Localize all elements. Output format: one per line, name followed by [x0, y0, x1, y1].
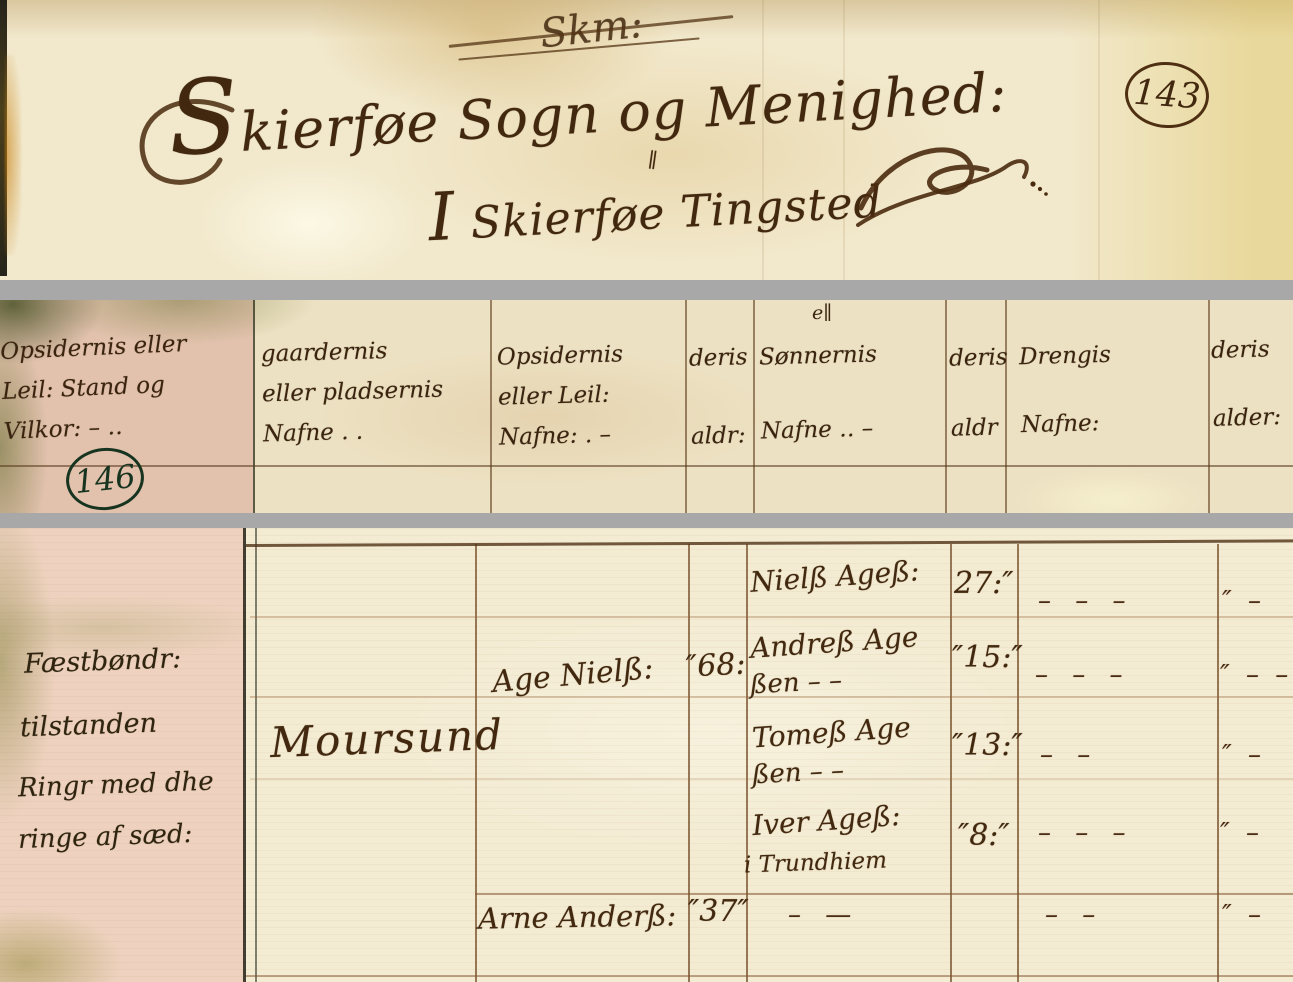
ink-stain [5, 55, 21, 255]
manuscript-scan: Skm: Skierføe Sogn og Menighed: ∥ I Skie… [0, 0, 1293, 982]
bleedthrough-line [843, 0, 845, 280]
header-line: eller pladsernis [262, 370, 444, 415]
table-top-rule [246, 539, 1293, 546]
column-rule [253, 300, 255, 513]
header-line: Nafne ‥ – [760, 408, 879, 451]
margin-note-line: Fæstbøndr: [24, 643, 182, 679]
title-section: Skm: Skierføe Sogn og Menighed: ∥ I Skie… [0, 0, 1293, 280]
header-line: Sønnernis [759, 334, 878, 377]
row-rule [246, 975, 1293, 977]
column-rule [753, 300, 755, 513]
empty-cell-dashes: – – [1045, 900, 1095, 930]
son-name-continued: ßen – – [749, 666, 842, 701]
son-name-continued: ßen – – [751, 756, 844, 791]
table-body-section: Fæstbøndr: tilstanden Ringr med dhe ring… [0, 528, 1293, 982]
header-bottom-rule [0, 465, 1293, 467]
empty-cell-dashes: – — [788, 900, 851, 930]
empty-cell-dashes: – – [1040, 740, 1090, 770]
header-line: deris [949, 337, 1009, 379]
folio-number: 146 [73, 457, 138, 501]
column-rule [490, 300, 492, 513]
paraph-flourish [855, 130, 1050, 235]
column-rule [475, 544, 477, 982]
row-rule [250, 616, 1293, 618]
header-farm-name: gaardernis eller pladsernis Nafne . . [260, 330, 444, 455]
son-age: ″15:″ [952, 640, 1023, 675]
second-opsidder-name: Arne Anderß: [478, 898, 677, 935]
empty-cell-dashes: ″ – [1220, 818, 1259, 848]
header-line: Vilkor: – ‥ [3, 404, 191, 452]
table-header-section: Opsidernis eller Leil: Stand og Vilkor: … [0, 300, 1293, 513]
row-rule [475, 893, 1293, 895]
empty-cell-dashes: – – – [1038, 818, 1126, 848]
column-rule [1017, 544, 1019, 982]
header-line: Opsidernis [496, 334, 623, 377]
column-rule [1217, 544, 1219, 982]
margin-note-line: tilstanden [20, 708, 158, 744]
header-line: aldr [950, 407, 1010, 449]
opsidder-age: ″68: [685, 646, 746, 684]
header-line: deris [688, 337, 748, 379]
folio-number-badge: 146 [63, 444, 147, 513]
header-opsidder-name: Opsidernis eller Leil: Nafne: . – [496, 334, 625, 457]
page-number: 143 [1132, 73, 1201, 118]
son-age: ″13:″ [952, 728, 1023, 763]
header-line: deris [1211, 329, 1280, 371]
header-line: Leil: Stand og [1, 364, 189, 412]
son-name: Andreß Age [749, 620, 919, 665]
margin-note-line: ringe af sæd: [18, 819, 193, 855]
son-name: Iver Ageß: [751, 799, 902, 842]
margin-double-rule [243, 528, 246, 982]
column-rule [685, 300, 687, 513]
son-name: Nielß Ageß: [749, 554, 920, 599]
son-age: ″8:″ [958, 818, 1010, 853]
column-rule [950, 544, 952, 982]
son-name: Tomeß Age [751, 711, 912, 755]
empty-cell-dashes: ″ – – [1220, 660, 1288, 690]
header-drengis-age: deris alder: [1211, 329, 1282, 439]
header-line: eller Leil: [497, 374, 624, 417]
second-opsidder-age: ″37″ [688, 894, 749, 929]
margin-double-rule [255, 528, 257, 982]
header-line: Nafne: [1020, 403, 1113, 445]
column-rule [945, 300, 947, 513]
empty-cell-dashes: ″ – [1222, 900, 1261, 930]
son-age: 27:″ [954, 566, 1014, 601]
header-drengis-name: Drengis Nafne: [1019, 335, 1114, 445]
empty-cell-dashes: – – – [1035, 660, 1123, 690]
header-line: Drengis [1019, 335, 1112, 377]
son-residence-note: i Trundhiem [744, 848, 888, 879]
header-line: gaardernis [260, 330, 442, 375]
margin-note-line: Ringr med dhe [18, 767, 215, 804]
opsidder-name: Age Nielß: [491, 651, 655, 700]
empty-cell-dashes: ″ – [1222, 586, 1261, 616]
header-line: aldr: [691, 415, 751, 457]
header-stand-vilkor: Opsidernis eller Leil: Stand og Vilkor: … [0, 324, 191, 452]
header-opsidder-age: deris aldr: [688, 337, 750, 456]
header-superscript-mark: e∥ [812, 302, 832, 324]
header-line: alder: [1212, 397, 1281, 439]
header-sons-name: Sønnernis Nafne ‥ – [759, 334, 880, 451]
empty-cell-dashes: – – – [1038, 586, 1126, 616]
farm-name: Moursund [269, 710, 505, 767]
header-line: Nafne: . – [499, 414, 626, 457]
empty-cell-dashes: ″ – [1222, 740, 1261, 770]
header-sons-age: deris aldr [949, 337, 1010, 448]
header-line: Nafne . . [263, 410, 445, 455]
